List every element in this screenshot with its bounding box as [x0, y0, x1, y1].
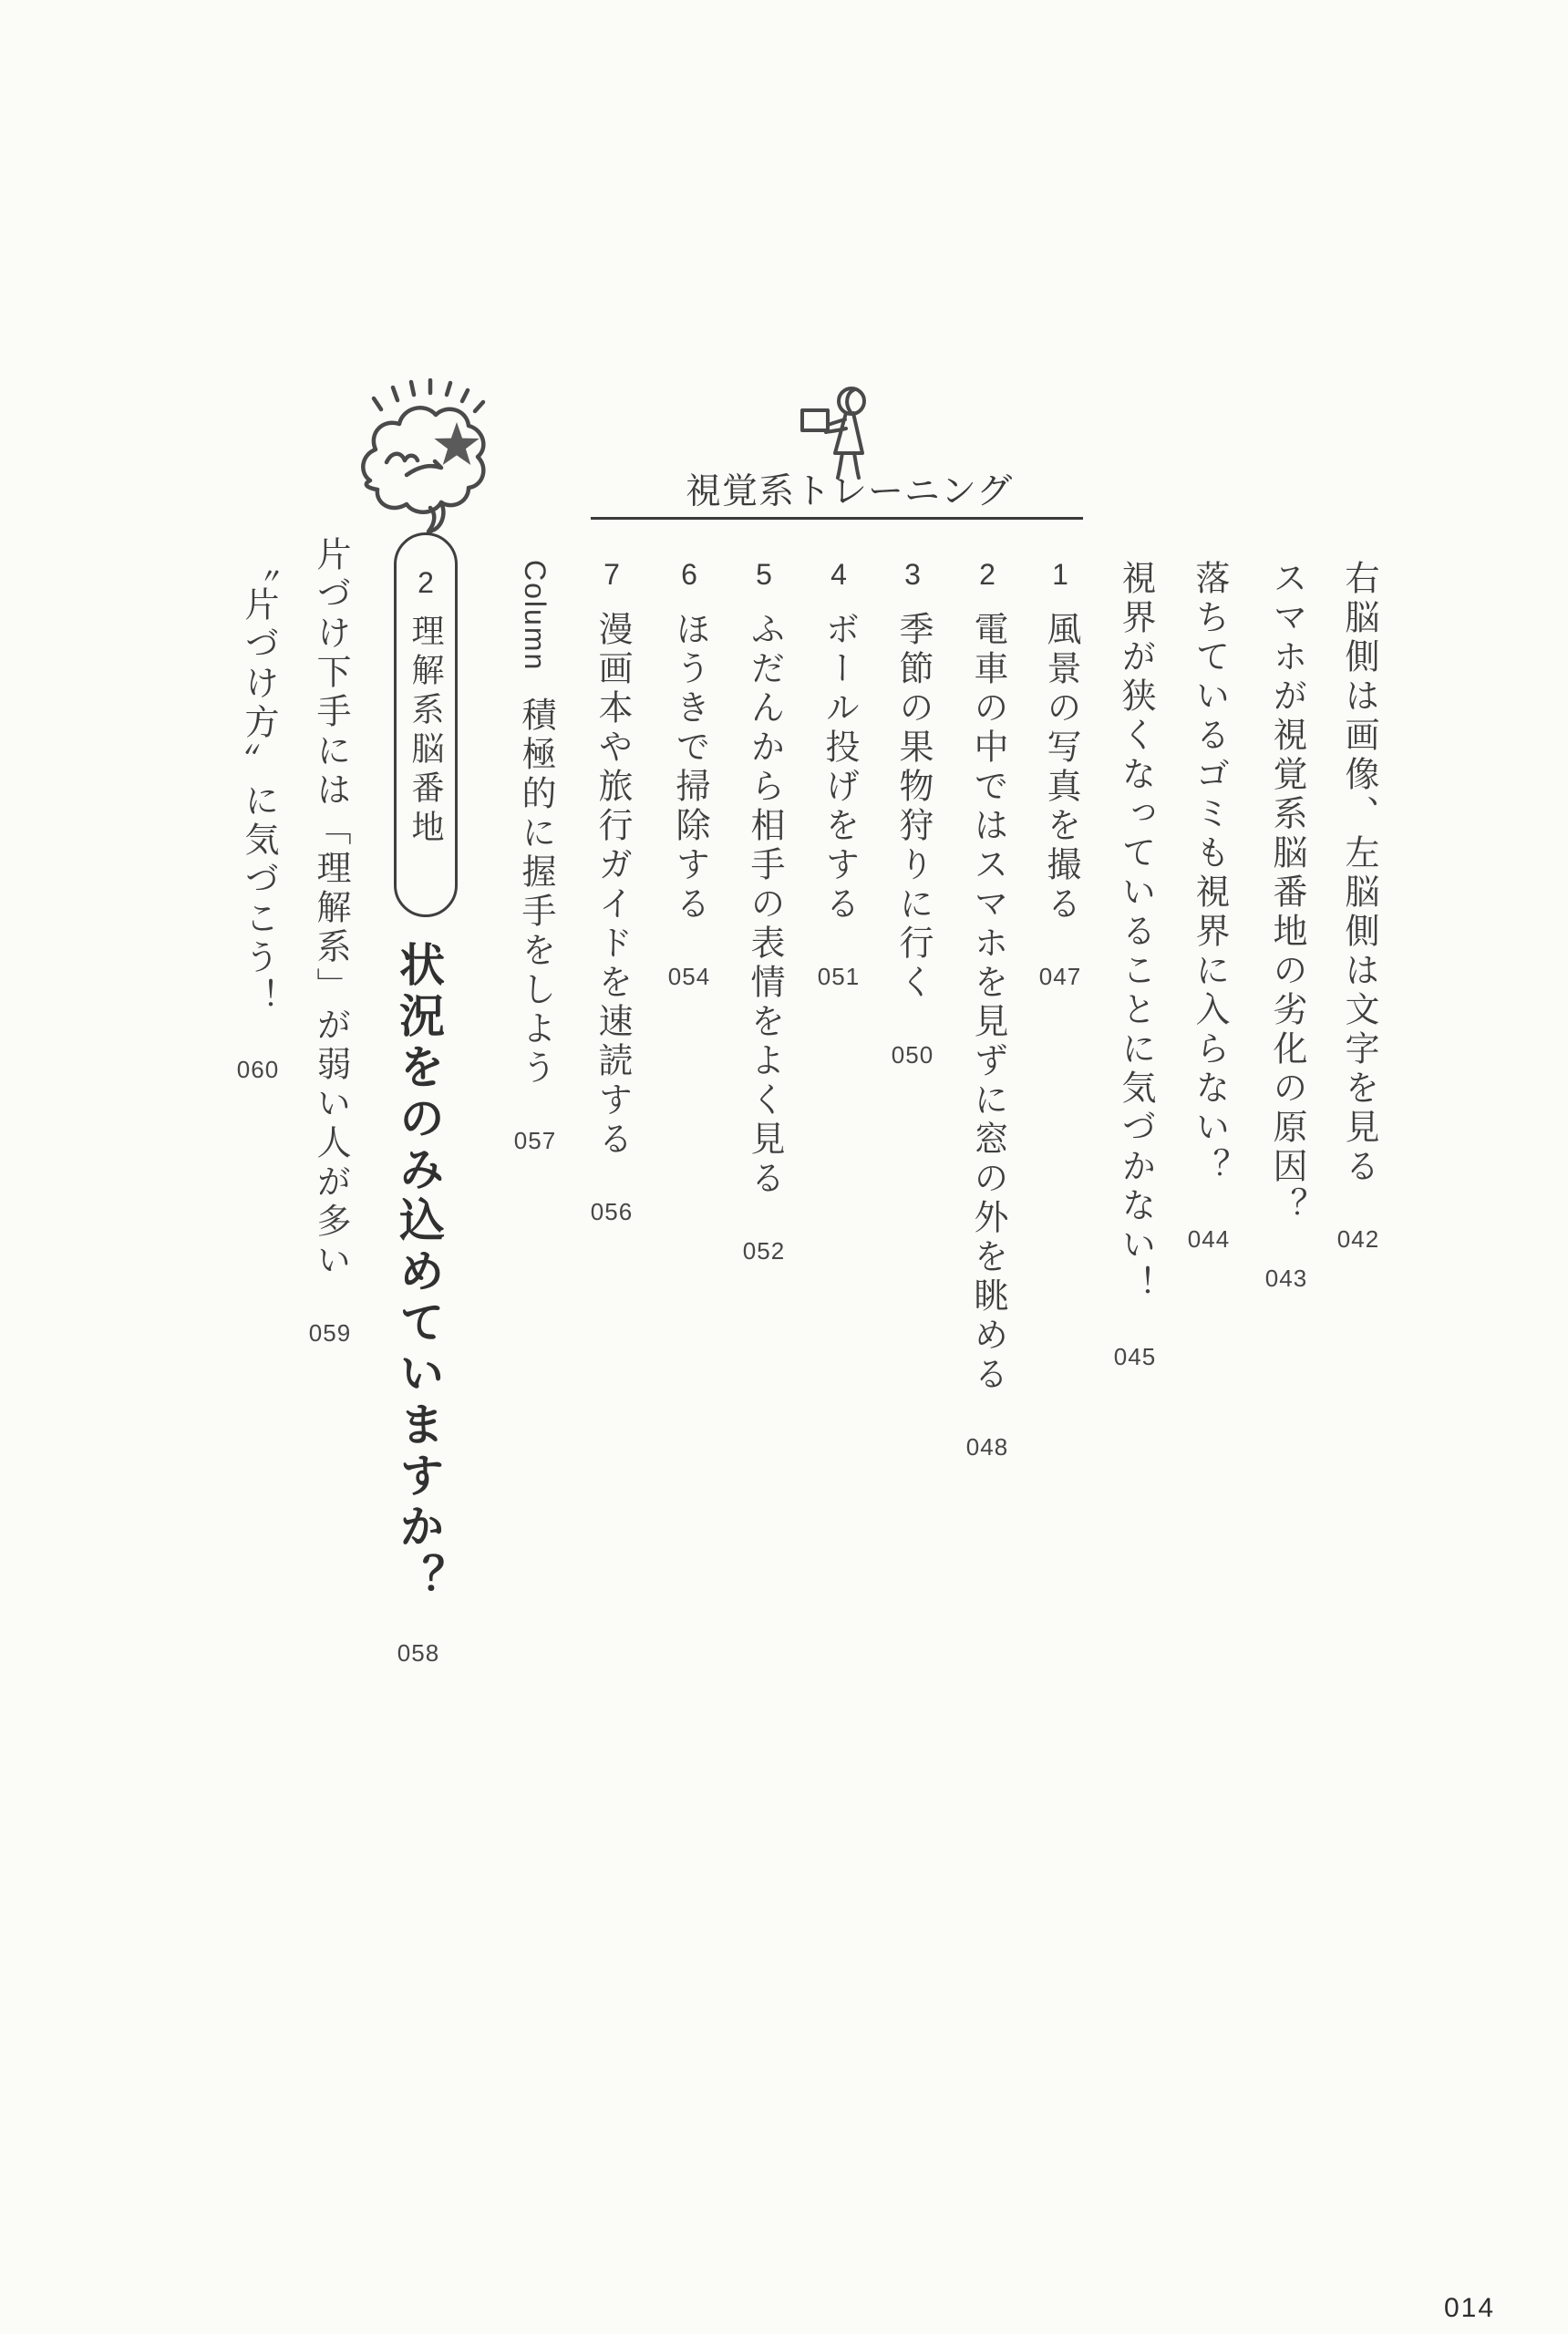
- toc-entry-page: 043: [1265, 1266, 1307, 1290]
- toc-item-page: 056: [591, 1200, 633, 1224]
- toc-entry: スマホが視覚系脳番地の劣化の原因？ 043: [1257, 560, 1315, 1290]
- toc-item: 1 風景の写真を撮る 047: [1031, 560, 1089, 988]
- toc-column-text: 積極的に握手をしよう: [518, 697, 552, 1089]
- toc-item-page: 047: [1039, 965, 1081, 988]
- toc-entry-page: 060: [237, 1058, 279, 1081]
- chapter-title-text: 状況をのみ込めていますか？: [396, 941, 441, 1605]
- toc-entry: 〝片づけ方〟に気づこう！ 060: [229, 547, 287, 1081]
- toc-item-number: 1: [1052, 560, 1068, 589]
- toc-item-text: 電車の中ではスマホを見ずに窓の外を眺める: [970, 611, 1005, 1395]
- toc-entry-text: 落ちているゴミも視界に入らない？: [1191, 560, 1226, 1187]
- page-number: 014: [1444, 2293, 1495, 2324]
- toc-item-text: ほうきで掃除する: [672, 611, 707, 924]
- toc-item: 3 季節の果物狩りに行く 050: [883, 560, 942, 1067]
- toc-item-text: 漫画本や旅行ガイドを速読する: [594, 611, 629, 1160]
- training-section-title: 視覚系トレーニング: [686, 463, 1013, 514]
- toc-item-text: ボール投げをする: [821, 611, 856, 924]
- toc-item-page: 052: [743, 1239, 785, 1263]
- toc-entry-text: 右脳側は画像、左脳側は文字を見る: [1341, 560, 1376, 1187]
- toc-item-number: 7: [603, 560, 620, 589]
- toc-item-number: 4: [830, 560, 847, 589]
- chapter-title-entry: 状況をのみ込めていますか？ 058: [389, 941, 448, 1665]
- toc-item-number: 2: [979, 560, 995, 589]
- chapter-badge: 2 理解系脳番地: [394, 532, 458, 917]
- toc-entry: 右脳側は画像、左脳側は文字を見る 042: [1329, 560, 1387, 1251]
- toc-entry-text: 〝片づけ方〟に気づこう！: [241, 547, 275, 1017]
- toc-entry: 落ちているゴミも視界に入らない？ 044: [1180, 560, 1238, 1251]
- toc-entry-text: 視界が狭くなっていることに気づかない！: [1118, 560, 1152, 1305]
- toc-item-page: 054: [668, 965, 710, 988]
- header-rule: [591, 517, 1083, 520]
- toc-column-entry: Column 積極的に握手をしよう 057: [506, 560, 564, 1152]
- brain-star-icon: [354, 378, 492, 552]
- toc-column-page: 057: [514, 1129, 556, 1152]
- toc-entry-text: 片づけ下手には「理解系」が弱い人が多い: [313, 536, 347, 1281]
- chapter-title-page: 058: [397, 1641, 439, 1665]
- toc-item: 7 漫画本や旅行ガイドを速読する 056: [583, 560, 641, 1224]
- toc-item-text: ふだんから相手の表情をよく見る: [747, 611, 781, 1199]
- toc-item-page: 050: [892, 1043, 934, 1067]
- toc-item: 2 電車の中ではスマホを見ずに窓の外を眺める 048: [958, 560, 1016, 1459]
- chapter-number: 2: [418, 568, 434, 597]
- toc-entry-text: スマホが視覚系脳番地の劣化の原因？: [1269, 560, 1304, 1226]
- toc-item-page: 048: [966, 1435, 1008, 1459]
- toc-item: 6 ほうきで掃除する 054: [660, 560, 718, 988]
- toc-item-text: 風景の写真を撮る: [1043, 611, 1078, 924]
- toc-item-number: 6: [681, 560, 697, 589]
- toc-item-number: 3: [904, 560, 921, 589]
- toc-entry: 視界が狭くなっていることに気づかない！ 045: [1106, 560, 1164, 1368]
- toc-item: 4 ボール投げをする 051: [810, 560, 868, 988]
- chapter-name: 理解系脳番地: [409, 614, 442, 849]
- toc-item-page: 051: [818, 965, 860, 988]
- toc-entry-page: 042: [1337, 1227, 1379, 1251]
- toc-item-text: 季節の果物狩りに行く: [895, 611, 930, 1003]
- toc-item-number: 5: [756, 560, 772, 589]
- toc-entry-page: 044: [1188, 1227, 1230, 1251]
- column-label: Column: [521, 560, 550, 671]
- book-toc-page: 視覚系トレーニング 右脳側は画像、左脳側は文字を見る 042 スマホが視覚系脳番…: [0, 0, 1568, 2334]
- toc-item: 5 ふだんから相手の表情をよく見る 052: [735, 560, 793, 1263]
- toc-entry: 片づけ下手には「理解系」が弱い人が多い 059: [301, 536, 359, 1345]
- toc-entry-page: 045: [1114, 1345, 1156, 1368]
- toc-entry-page: 059: [309, 1321, 351, 1345]
